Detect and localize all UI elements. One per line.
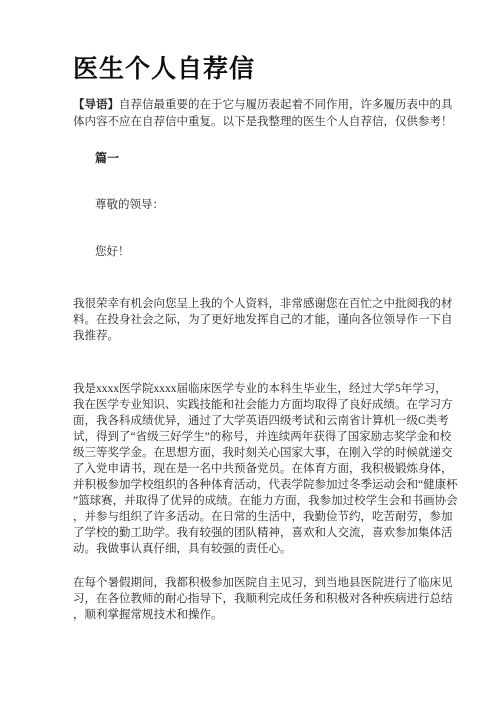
body-paragraph-2: 我是xxxx医学院xxxx届临床医学专业的本科生毕业生，经过大学5年学习，我在医… bbox=[73, 381, 458, 557]
document-page: 医生个人自荐信 【导语】自荐信最重要的在于它与履历表起着不同作用，许多履历表中的… bbox=[0, 0, 500, 708]
body-paragraph-3: 在每个暑假期间，我都积极参加医院自主见习，到当地县医院进行了临床见习，在各位教师… bbox=[73, 575, 458, 623]
document-content: 医生个人自荐信 【导语】自荐信最重要的在于它与履历表起着不同作用，许多履历表中的… bbox=[0, 0, 500, 623]
intro-text: 自荐信最重要的在于它与履历表起着不同作用，许多履历表中的具体内容不应在自荐信中重… bbox=[73, 99, 453, 128]
greeting-line: 您好！ bbox=[73, 244, 458, 260]
salutation-line: 尊敬的领导： bbox=[73, 197, 458, 213]
section-heading: 篇一 bbox=[73, 150, 458, 166]
intro-paragraph: 【导语】自荐信最重要的在于它与履历表起着不同作用，许多履历表中的具体内容不应在自… bbox=[73, 97, 458, 130]
intro-label: 【导语】 bbox=[73, 99, 119, 111]
page-title: 医生个人自荐信 bbox=[73, 0, 458, 85]
body-paragraph-1: 我很荣幸有机会向您呈上我的个人资料，非常感谢您在百忙之中批阅我的材料。在投身社会… bbox=[73, 296, 458, 344]
